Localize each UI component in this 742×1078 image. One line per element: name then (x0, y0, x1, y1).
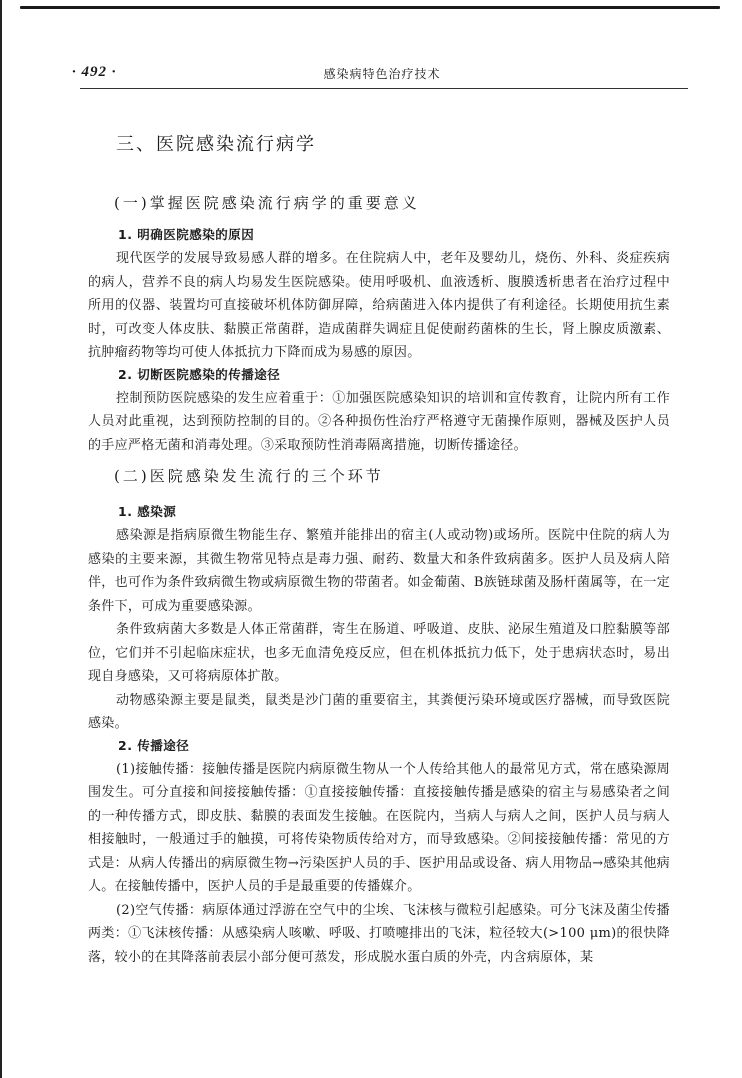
running-header: · 492 · 感染病特色治疗技术 (72, 64, 692, 86)
paragraph: 条件致病菌大多数是人体正常菌群，寄生在肠道、呼吸道、皮肤、泌尿生殖道及口腔黏膜等… (88, 618, 670, 689)
subsection-title-1: (一)掌握医院感染流行病学的重要意义 (114, 192, 670, 213)
paragraph: (2)空气传播：病原体通过浮游在空气中的尘埃、飞沫核与微粒引起感染。可分飞沫及菌… (88, 899, 670, 970)
paragraph: 动物感染源主要是鼠类，鼠类是沙门菌的重要宿主，其粪便污染环境或医疗器械，而导致医… (88, 689, 670, 736)
header-rule (80, 88, 688, 89)
paragraph: 控制预防医院感染的发生应着重于：①加强医院感染知识的培训和宣传教育，让院内所有工… (88, 387, 670, 458)
item-heading: 1. 明确医院感染的原因 (118, 225, 670, 243)
section-title: 三、医院感染流行病学 (116, 130, 670, 156)
subsection-title-2: (二)医院感染发生流行的三个环节 (114, 465, 670, 486)
paragraph: 现代医学的发展导致易感人群的增多。在住院病人中，老年及婴幼儿，烧伤、外科、炎症疾… (88, 247, 670, 365)
paragraph: 感染源是指病原微生物能生存、繁殖并能排出的宿主(人或动物)或场所。医院中住院的病… (88, 524, 670, 618)
top-border-rule (20, 6, 720, 9)
item-heading: 2. 切断医院感染的传播途径 (118, 365, 670, 383)
item-heading: 2. 传播途径 (118, 736, 670, 754)
item-heading: 1. 感染源 (118, 502, 670, 520)
page-body: 三、医院感染流行病学 (一)掌握医院感染流行病学的重要意义 1. 明确医院感染的… (88, 120, 670, 969)
running-title: 感染病特色治疗技术 (72, 65, 692, 82)
scan-left-edge (0, 0, 2, 1078)
paragraph: (1)接触传播：接触传播是医院内病原微生物从一个人传给其他人的最常见方式，常在感… (88, 758, 670, 899)
